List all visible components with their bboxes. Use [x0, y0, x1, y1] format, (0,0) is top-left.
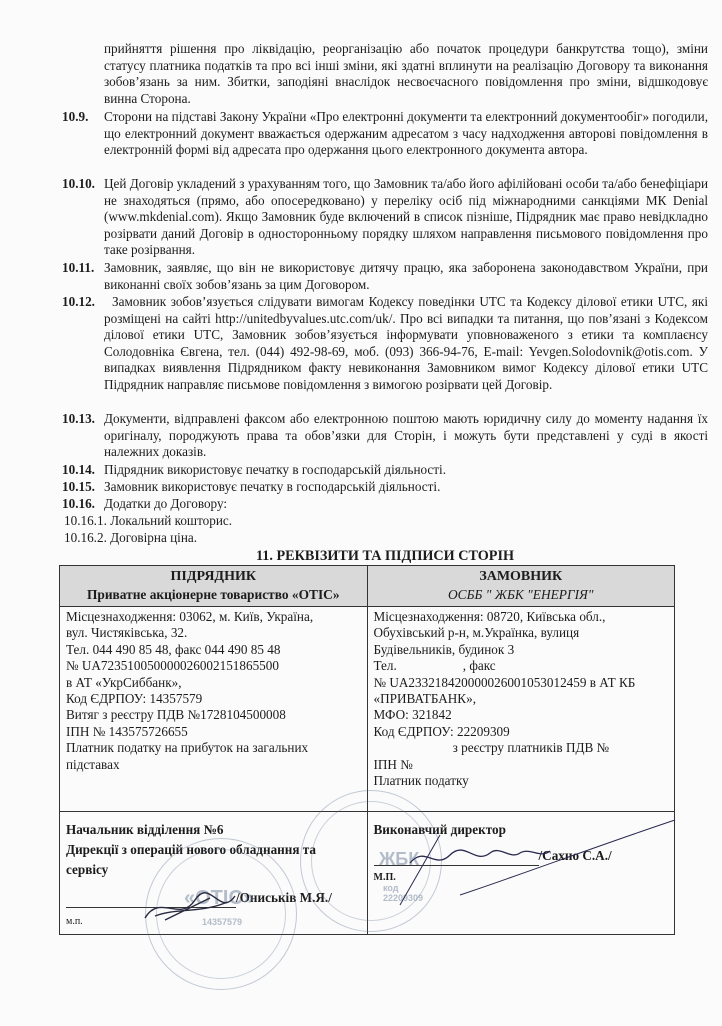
- customer-role: ЗАМОВНИК: [372, 568, 671, 586]
- clause-10-9: 10.9.Сторони на підставі Закону України …: [62, 109, 708, 159]
- customer-header: ЗАМОВНИК ОСББ " ЖБК "ЕНЕРГІЯ": [367, 566, 675, 607]
- contractor-details: Місцезнаходження: 03062, м. Київ, Україн…: [60, 607, 368, 812]
- clause-10-16: 10.16.Додатки до Договору:: [62, 496, 708, 513]
- customer-name: ОСББ " ЖБК "ЕНЕРГІЯ": [372, 586, 671, 604]
- contractor-role: ПІДРЯДНИК: [64, 568, 363, 586]
- top-paragraph: прийняття рішення про ліквідацію, реорга…: [62, 41, 708, 107]
- clause-10-14: 10.14.Підрядник використовує печатку в г…: [62, 462, 708, 479]
- contract-page: прийняття рішення про ліквідацію, реорга…: [0, 0, 722, 1026]
- customer-details: Місцезнаходження: 08720, Київська обл., …: [367, 607, 675, 812]
- clause-10-12: 10.12.Замовник зобов’язується слідувати …: [62, 294, 708, 394]
- attachment-item: 10.16.2. Договірна ціна.: [64, 530, 197, 547]
- contractor-name: Приватне акціонерне товариство «ОТІС»: [64, 586, 363, 604]
- attachment-item: 10.16.1. Локальний кошторис.: [64, 513, 232, 530]
- contractor-header: ПІДРЯДНИК Приватне акціонерне товариство…: [60, 566, 368, 607]
- clause-10-10: 10.10.Цей Договір укладений з урахування…: [62, 176, 708, 259]
- section-title: 11. РЕКВІЗИТИ ТА ПІДПИСИ СТОРІН: [62, 548, 708, 565]
- clause-10-13: 10.13.Документи, відправлені факсом або …: [62, 411, 708, 461]
- clause-10-11: 10.11.Замовник, заявляє, що він не викор…: [62, 260, 708, 293]
- customer-signature-icon: [380, 815, 680, 915]
- clause-10-15: 10.15.Замовник використовує печатку в го…: [62, 479, 708, 496]
- contractor-signatory: /Ониськів М.Я./: [236, 890, 332, 905]
- contractor-signature-icon: [140, 888, 240, 928]
